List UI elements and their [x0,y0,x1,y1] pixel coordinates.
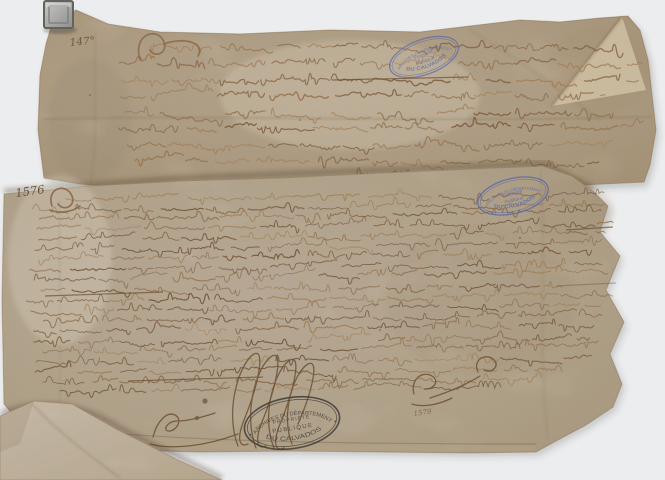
archival-parchment-scan: 147° ARCHIVES DU DÉPARTEMENT Propriété P… [0,0,665,480]
clip-highlight [46,3,71,7]
metal-clip [43,1,77,34]
scan-canvas: 147° ARCHIVES DU DÉPARTEMENT Propriété P… [0,0,665,480]
ink-speck [202,398,207,403]
date-annotation-upper: 147° [69,35,95,49]
